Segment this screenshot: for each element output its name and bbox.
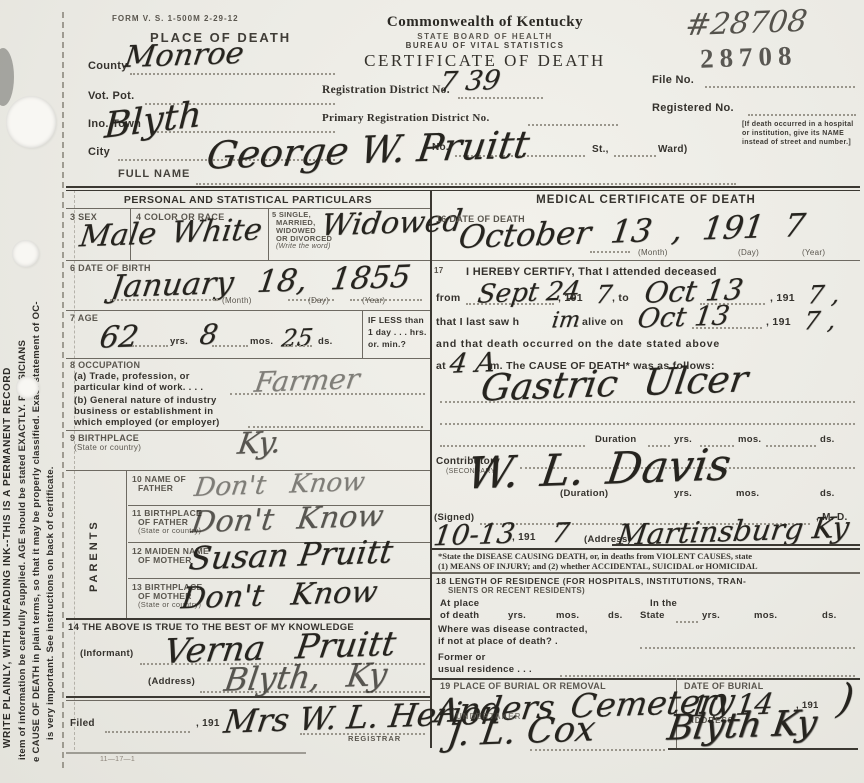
dotted bbox=[284, 344, 312, 347]
margin-instruction-line2: item of information be carefully supplie… bbox=[17, 340, 28, 760]
dotted bbox=[440, 422, 855, 425]
form-number: FORM V. S. 1-500M 2-29-12 bbox=[112, 14, 239, 23]
residence-label-1: 18 LENGTH OF RESIDENCE (FOR HOSPITALS, I… bbox=[436, 576, 746, 586]
mother-name-label-2: OF MOTHER bbox=[138, 555, 192, 565]
sex-handwritten-value: Male bbox=[77, 217, 158, 255]
dotted bbox=[560, 674, 855, 677]
undertaker-address-handwritten: Blyth Ky bbox=[665, 703, 820, 748]
filed-year-print: , 191 bbox=[196, 718, 220, 729]
dotted bbox=[350, 298, 422, 301]
file-no-label: File No. bbox=[652, 74, 694, 86]
informant-label: (Informant) bbox=[80, 648, 133, 659]
scan-blotch bbox=[0, 48, 14, 106]
sign-year-print: , 191 bbox=[512, 532, 536, 543]
age-label: 7 AGE bbox=[70, 313, 98, 323]
occupation-handwritten-value: Farmer bbox=[252, 362, 361, 399]
heavy-rule bbox=[66, 618, 430, 620]
file-no-dotted bbox=[705, 85, 855, 88]
state-ds-label: ds. bbox=[822, 610, 837, 621]
state-label: State bbox=[640, 610, 665, 621]
header-rule-top bbox=[66, 186, 860, 188]
stamped-certificate-number: 28708 bbox=[699, 40, 798, 74]
registrar-label: REGISTRAR bbox=[348, 734, 401, 743]
heavy-rule bbox=[432, 678, 860, 680]
sign-year-handwritten: 7 bbox=[550, 518, 572, 550]
parents-inner-border bbox=[126, 470, 127, 618]
registered-no-label: Registered No. bbox=[652, 102, 734, 114]
footnote-line-1: *State the DISEASE CAUSING DEATH, or, in… bbox=[438, 551, 752, 561]
dotted bbox=[766, 444, 816, 447]
state-board-heading: STATE BOARD OF HEALTH bbox=[360, 32, 610, 41]
hospital-instruction-note: [If death occurred in a hospital or inst… bbox=[742, 120, 858, 147]
if-less-label-3: or. min.? bbox=[368, 339, 406, 349]
dob-month-sublabel: (Month) bbox=[222, 296, 252, 305]
dotted bbox=[640, 646, 855, 649]
occupation-b-label-2: business or establishment in bbox=[74, 406, 213, 417]
former-label-2: usual residence . . . bbox=[438, 664, 532, 675]
duration2-ds-label: ds. bbox=[820, 488, 835, 499]
last-saw-him-handwritten: im bbox=[550, 308, 582, 334]
dotted bbox=[692, 326, 762, 329]
underline bbox=[612, 544, 860, 546]
ward-dotted bbox=[614, 154, 656, 157]
primary-registration-dotted bbox=[528, 123, 618, 126]
hole-punch bbox=[16, 376, 39, 399]
registration-district-label: Registration District No. bbox=[322, 84, 450, 96]
last-saw-label: that I last saw h bbox=[436, 316, 519, 328]
city-handwritten-value: Blyth bbox=[103, 94, 202, 146]
to-label: , to bbox=[612, 292, 629, 304]
burial-flourish: ) bbox=[835, 676, 857, 723]
age-years-handwritten: 62 bbox=[97, 319, 140, 355]
full-name-dotted bbox=[196, 182, 736, 185]
medical-section-title: MEDICAL CERTIFICATE OF DEATH bbox=[432, 194, 860, 206]
occupation-a-label-2: particular kind of work. . . . bbox=[74, 382, 203, 393]
in-the-label: In the bbox=[650, 598, 677, 609]
from-label: from bbox=[436, 292, 461, 304]
commonwealth-heading: Commonwealth of Kentucky bbox=[360, 14, 610, 31]
form-footer-code: 11—17—1 bbox=[100, 756, 135, 763]
dotted bbox=[105, 730, 190, 733]
dob-day-sublabel: (Day) bbox=[308, 296, 329, 305]
state-mos-label: mos. bbox=[754, 610, 777, 621]
race-handwritten-value: White bbox=[169, 212, 264, 250]
informant-address-handwritten: Blyth, Ky bbox=[222, 655, 390, 699]
residence-mos-label: mos. bbox=[556, 610, 579, 621]
parents-group-label: PARENTS bbox=[88, 519, 100, 592]
contracted-label-1: Where was disease contracted, bbox=[438, 624, 588, 635]
heavy-rule bbox=[432, 548, 860, 550]
residence-ds-label: ds. bbox=[608, 610, 623, 621]
rule bbox=[66, 358, 430, 359]
residence-label-2: SIENTS OR RECENT RESIDENTS) bbox=[448, 586, 585, 595]
dotted bbox=[132, 344, 168, 347]
duration-ds-label: ds. bbox=[820, 434, 835, 445]
alive-on-label: alive on bbox=[582, 316, 624, 328]
dod-day-sublabel: (Day) bbox=[738, 248, 759, 257]
certify-item-number: 17 bbox=[434, 266, 444, 275]
birthplace-handwritten-value: Ky. bbox=[235, 425, 283, 461]
voting-precinct-label: Vot. Pot. bbox=[88, 90, 135, 102]
mother-name-handwritten: Susan Pruitt bbox=[187, 532, 396, 577]
penciled-file-number: #28708 bbox=[683, 4, 809, 43]
duration2-yrs-label: yrs. bbox=[674, 488, 692, 499]
ds-label: ds. bbox=[318, 336, 333, 347]
header-rule-bottom bbox=[66, 190, 860, 191]
column-divider bbox=[430, 190, 432, 748]
occupation-label: 8 OCCUPATION bbox=[70, 360, 140, 370]
full-name-label: FULL NAME bbox=[118, 168, 190, 180]
saw-year-print: , 191 bbox=[766, 316, 791, 328]
at-place-label-2: of death bbox=[440, 610, 479, 621]
registration-district-value: 7 39 bbox=[438, 65, 503, 98]
dotted bbox=[212, 344, 248, 347]
dotted bbox=[676, 620, 698, 623]
occupation-b-label-1: (b) General nature of industry bbox=[74, 395, 217, 406]
duration-mos-label: mos. bbox=[738, 434, 761, 445]
age-days-handwritten: 25 bbox=[280, 323, 315, 352]
dod-year-sublabel: (Year) bbox=[802, 248, 825, 257]
ward-label: Ward) bbox=[658, 144, 687, 155]
cell-divider bbox=[268, 208, 269, 260]
hole-punch bbox=[6, 96, 56, 148]
from-year-print: , 191 bbox=[558, 292, 583, 304]
occupation-a-label-1: (a) Trade, profession, or bbox=[74, 371, 190, 382]
birthplace-label: 9 BIRTHPLACE bbox=[70, 433, 139, 443]
county-label: County bbox=[88, 60, 128, 72]
primary-registration-label: Primary Registration District No. bbox=[322, 112, 490, 124]
hole-punch bbox=[12, 240, 39, 267]
bureau-heading: BUREAU OF VITAL STATISTICS bbox=[360, 41, 610, 50]
rule bbox=[66, 310, 430, 311]
to-year-print: , 191 bbox=[770, 292, 795, 304]
duration2-mos-label: mos. bbox=[736, 488, 759, 499]
dob-year-sublabel: (Year) bbox=[362, 296, 385, 305]
father-name-label-2: FATHER bbox=[138, 483, 173, 493]
former-label-1: Former or bbox=[438, 652, 486, 663]
residence-yrs-label: yrs. bbox=[508, 610, 526, 621]
dotted bbox=[440, 400, 855, 403]
filed-label: Filed bbox=[70, 718, 95, 729]
dod-month-sublabel: (Month) bbox=[638, 248, 668, 257]
duration2-label: (Duration) bbox=[560, 488, 608, 499]
from-year-handwritten: 7 bbox=[594, 280, 614, 310]
yrs-label: yrs. bbox=[170, 336, 188, 347]
underline bbox=[668, 748, 858, 750]
if-less-label-2: 1 day . . . hrs. bbox=[368, 327, 427, 337]
saw-year-handwritten: 7 , bbox=[802, 305, 838, 335]
registered-no-dotted bbox=[748, 113, 856, 116]
occupation-b-label-3: which employed (or employer) bbox=[74, 417, 220, 428]
margin-instruction-line4: is very important. See instructions on b… bbox=[45, 466, 56, 740]
at-label: at bbox=[436, 360, 446, 372]
form-left-dashed-border bbox=[62, 12, 64, 768]
dotted bbox=[590, 250, 630, 253]
marital-label-5: (Write the word) bbox=[276, 243, 331, 250]
city-label: City bbox=[88, 146, 110, 158]
margin-instruction-line3: e CAUSE OF DEATH in plain terms, so that… bbox=[31, 301, 42, 762]
mos-label: mos. bbox=[250, 336, 273, 347]
rule bbox=[432, 260, 860, 261]
dotted bbox=[530, 748, 665, 751]
father-name-handwritten: Don't Know bbox=[192, 467, 366, 503]
rule bbox=[432, 572, 860, 574]
informant-address-label: (Address) bbox=[148, 676, 195, 687]
cell-divider bbox=[362, 310, 363, 358]
birthplace-sublabel: (State or country) bbox=[74, 443, 141, 452]
footnote-line-2: (1) MEANS OF INJURY; and (2) whether ACC… bbox=[438, 561, 758, 571]
dotted bbox=[110, 298, 218, 301]
last-saw-date-handwritten: Oct 13 bbox=[636, 300, 732, 334]
rule bbox=[66, 752, 306, 754]
personal-section-title: PERSONAL AND STATISTICAL PARTICULARS bbox=[66, 194, 430, 206]
death-certificate-scan: WRITE PLAINLY, WITH UNFADING INK--THIS I… bbox=[0, 0, 864, 783]
if-less-label-1: IF LESS than bbox=[368, 315, 424, 325]
state-yrs-label: yrs. bbox=[702, 610, 720, 621]
county-handwritten-value: Monroe bbox=[122, 36, 246, 75]
contracted-label-2: if not at place of death? . bbox=[438, 636, 558, 647]
street-label: St., bbox=[592, 144, 609, 155]
at-place-label-1: At place bbox=[440, 598, 479, 609]
margin-instruction-line1: WRITE PLAINLY, WITH UNFADING INK--THIS I… bbox=[2, 367, 13, 748]
mother-birthplace-handwritten: Don't Know bbox=[179, 575, 380, 617]
